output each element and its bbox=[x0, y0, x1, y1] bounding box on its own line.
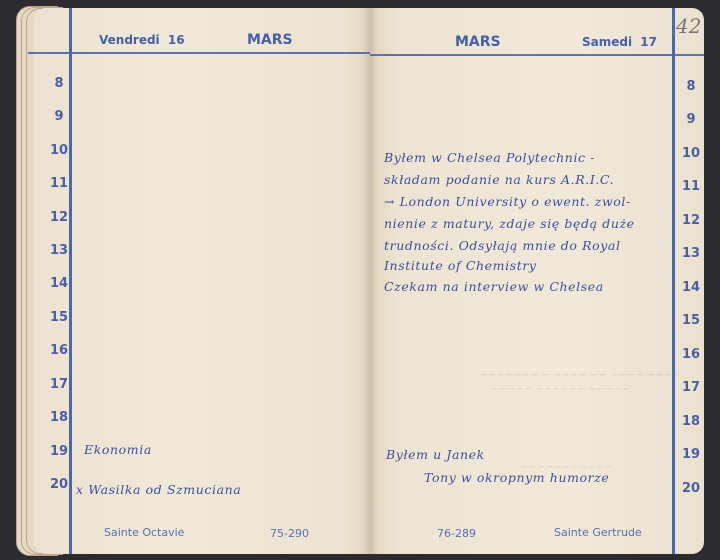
right-day-name: Samedi 17 bbox=[582, 35, 657, 49]
day-label: Samedi bbox=[582, 35, 632, 49]
hour-label: 8 bbox=[44, 76, 74, 91]
handwritten-entry: Institute of Chemistry bbox=[384, 258, 537, 273]
hour-label: 9 bbox=[676, 112, 706, 127]
hour-label: 18 bbox=[44, 410, 74, 425]
hour-label: 12 bbox=[44, 210, 74, 225]
handwritten-entry: składam podanie na kurs A.R.I.C. bbox=[384, 172, 614, 187]
right-month: MARS bbox=[455, 34, 501, 50]
hour-label: 14 bbox=[44, 276, 74, 291]
hour-label: 13 bbox=[676, 246, 706, 261]
left-day-name: Vendredi 16 bbox=[99, 33, 185, 47]
hour-label: 12 bbox=[676, 213, 706, 228]
handwritten-entry: Byłem u Janek bbox=[386, 447, 485, 462]
show-through-ink: ~~~~~ ~~~~~~ ~~~~~ bbox=[490, 384, 630, 395]
handwritten-entry: Czekam na interview w Chelsea bbox=[384, 279, 604, 294]
handwritten-entry: Byłem w Chelsea Polytechnic - bbox=[384, 150, 595, 165]
hour-label: 11 bbox=[44, 176, 74, 191]
show-through-ink: ~~~~~~~~~~~ bbox=[520, 462, 612, 473]
hour-label: 20 bbox=[676, 481, 706, 496]
hour-label: 19 bbox=[44, 444, 74, 459]
hour-label: 19 bbox=[676, 447, 706, 462]
day-count: 76-289 bbox=[437, 527, 476, 540]
spine-gutter bbox=[362, 8, 378, 554]
day-label: Vendredi bbox=[99, 33, 160, 47]
header-rule-left bbox=[28, 52, 370, 54]
hour-label: 18 bbox=[676, 414, 706, 429]
hour-label: 8 bbox=[676, 79, 706, 94]
hour-label: 15 bbox=[44, 310, 74, 325]
handwritten-entry: trudności. Odsyłają mnie do Royal bbox=[384, 238, 621, 253]
show-through-ink: ~~~~ ~~~~ ~~ ~~~~ ~ ~~~~~~~ bbox=[480, 370, 680, 381]
hour-label: 17 bbox=[676, 380, 706, 395]
hour-label: 16 bbox=[44, 343, 74, 358]
handwritten-entry: Ekonomia bbox=[84, 442, 152, 457]
hour-label: 10 bbox=[44, 143, 74, 158]
left-page bbox=[34, 8, 370, 554]
date-label: 17 bbox=[640, 35, 657, 49]
hour-label: 13 bbox=[44, 243, 74, 258]
hour-label: 14 bbox=[676, 280, 706, 295]
hour-label: 15 bbox=[676, 313, 706, 328]
hour-label: 16 bbox=[676, 347, 706, 362]
handwritten-page-number: 42 bbox=[676, 14, 701, 38]
hour-label: 10 bbox=[676, 146, 706, 161]
diary-spread: Vendredi 16 MARS MARS Samedi 17 42 8 9 1… bbox=[0, 0, 720, 560]
handwritten-entry: nienie z matury, zdaje się będą duże bbox=[384, 216, 635, 231]
handwritten-entry: → London University o ewent. zwol- bbox=[384, 194, 631, 209]
saint-of-day: Sainte Gertrude bbox=[554, 526, 642, 539]
day-count: 75-290 bbox=[270, 527, 309, 540]
margin-rule-right bbox=[672, 8, 675, 554]
date-label: 16 bbox=[168, 33, 185, 47]
left-month: MARS bbox=[247, 32, 293, 48]
hour-label: 9 bbox=[44, 109, 74, 124]
header-rule-right bbox=[370, 54, 704, 56]
hour-label: 20 bbox=[44, 477, 74, 492]
saint-of-day: Sainte Octavie bbox=[104, 526, 184, 539]
handwritten-entry: x Wasilka od Szmuciana bbox=[76, 482, 241, 497]
hour-label: 17 bbox=[44, 377, 74, 392]
hour-label: 11 bbox=[676, 179, 706, 194]
